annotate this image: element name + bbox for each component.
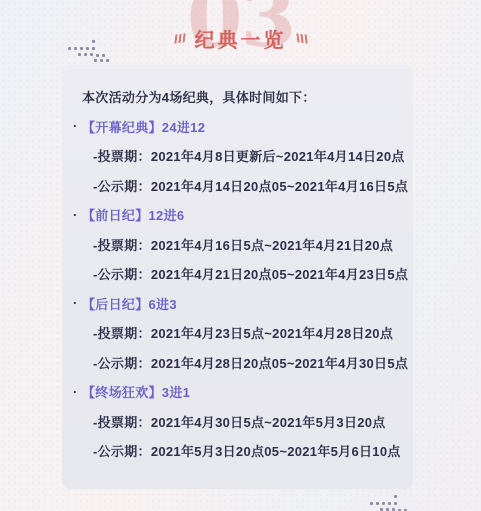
vote-period: -投票期：2021年4月23日5点~2021年4月28日20点 [62, 318, 399, 348]
event-heading: 【开幕纪典】24进12 [82, 117, 205, 136]
bullet: · [73, 207, 78, 222]
vote-period: -投票期：2021年4月8日更新后~2021年4月14日20点 [62, 141, 399, 171]
vote-period: -投票期：2021年4月30日5点~2021年5月3日20点 [62, 407, 399, 437]
event-heading: 【前日纪】12进6 [82, 205, 184, 224]
announce-period: -公示期：2021年4月28日20点05~2021年4月30日5点 [62, 348, 399, 378]
announce-period: -公示期：2021年5月3日20点05~2021年5月6日10点 [62, 436, 399, 466]
vote-period: -投票期：2021年4月16日5点~2021年4月21日20点 [62, 230, 399, 260]
intro-text: 本次活动分为4场纪典，具体时间如下： [62, 82, 399, 112]
event-section-heading: · 【开幕纪典】24进12 [62, 112, 399, 142]
event-section-heading: · 【前日纪】12进6 [62, 200, 399, 230]
event-section-heading: · 【终场狂欢】3进1 [62, 377, 399, 407]
bullet: · [73, 119, 78, 134]
event-heading: 【后日纪】6进3 [82, 294, 177, 313]
event-section-heading: · 【后日纪】6进3 [62, 289, 399, 319]
decorative-dots-bottom-right-icon [370, 495, 373, 498]
announce-period: -公示期：2021年4月21日20点05~2021年4月23日5点 [62, 259, 399, 289]
title-ornament-right-icon [296, 33, 307, 43]
decorative-dots-top-left-icon [68, 40, 71, 43]
bullet: · [73, 384, 78, 399]
schedule-card: 本次活动分为4场纪典，具体时间如下： · 【开幕纪典】24进12 -投票期：20… [62, 65, 413, 489]
event-heading: 【终场狂欢】3进1 [82, 382, 190, 401]
section-title-row: 纪典一览 [0, 24, 481, 53]
title-ornament-left-icon [174, 33, 185, 43]
announcement-page: { "page": { "ghost_number": "03", "title… [0, 0, 481, 511]
page-title: 纪典一览 [195, 24, 287, 53]
bullet: · [73, 296, 78, 311]
announce-period: -公示期：2021年4月14日20点05~2021年4月16日5点 [62, 171, 399, 201]
